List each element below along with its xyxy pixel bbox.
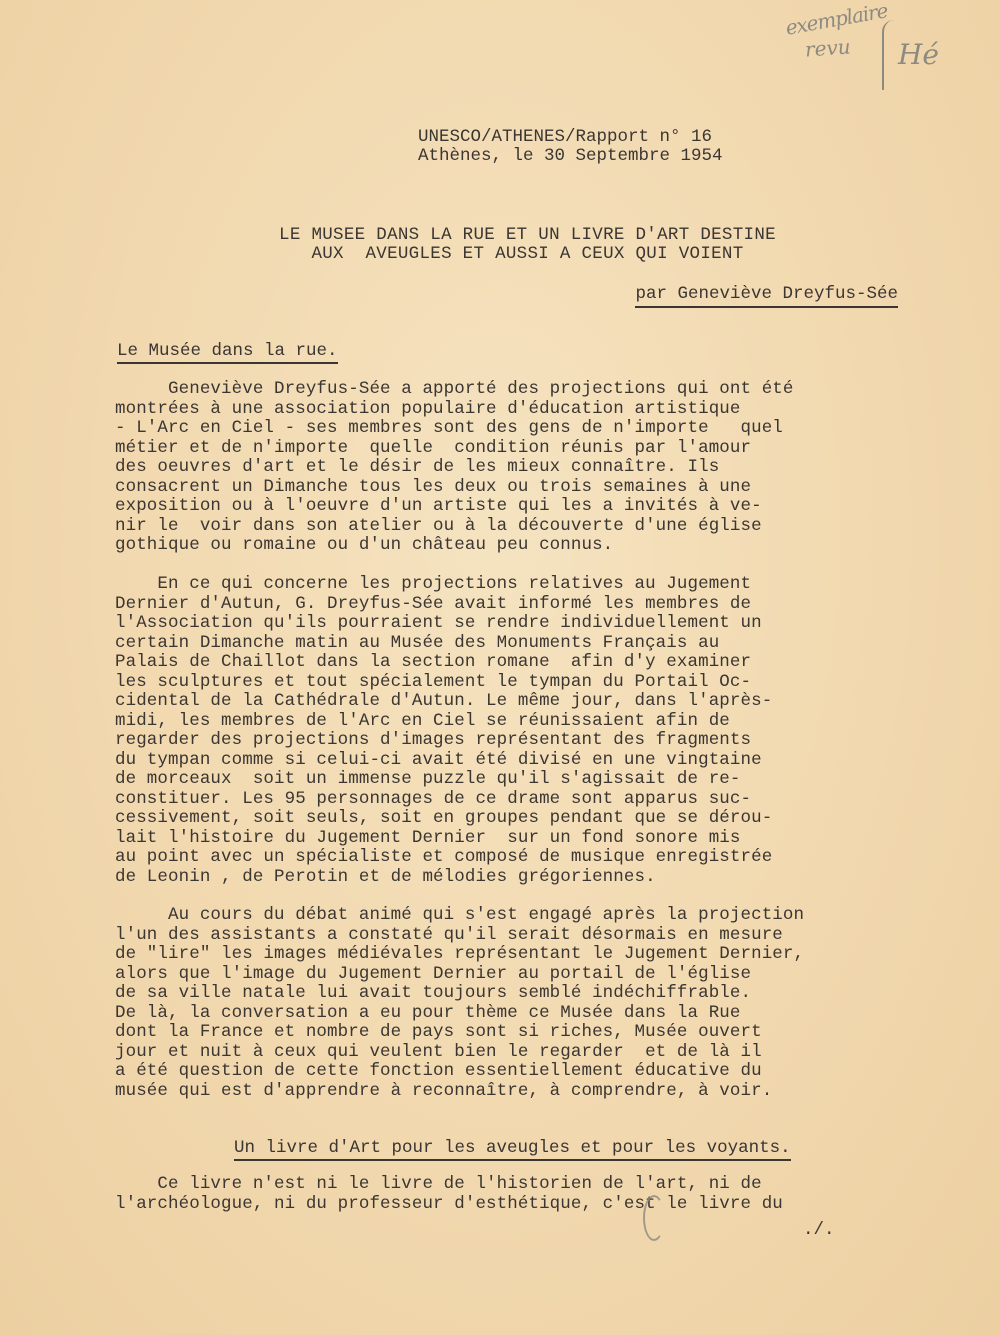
document-title: LE MUSEE DANS LA RUE ET UN LIVRE D'ART D…	[230, 226, 825, 264]
paragraph-1: Geneviève Dreyfus-Sée a apporté des proj…	[115, 380, 895, 556]
document-page: exemplaire revu Hé UNESCO/ATHENES/Rappor…	[0, 0, 1000, 1335]
paragraph-3: Au cours du débat animé qui s'est engagé…	[115, 906, 895, 1101]
page-continuation-mark: ./.	[803, 1220, 835, 1240]
paragraph-2: En ce qui concerne les projections relat…	[115, 575, 895, 887]
title-line-1: LE MUSEE DANS LA RUE ET UN LIVRE D'ART D…	[230, 226, 825, 245]
title-line-2: AUX AVEUGLES ET AUSSI A CEUX QUI VOIENT	[230, 245, 825, 264]
handwritten-line-1: exemplaire	[784, 0, 889, 40]
report-header: UNESCO/ATHENES/Rapport n° 16 Athènes, le…	[418, 128, 723, 166]
section-heading-musee: Le Musée dans la rue.	[117, 342, 338, 364]
pencil-bracket-mark	[882, 20, 898, 90]
author-byline: par Geneviève Dreyfus-Sée	[635, 285, 898, 308]
report-place-date: Athènes, le 30 Septembre 1954	[418, 146, 723, 166]
report-reference: UNESCO/ATHENES/Rapport n° 16	[418, 127, 712, 147]
handwritten-signature: Hé	[898, 38, 939, 71]
paragraph-4: Ce livre n'est ni le livre de l'historie…	[115, 1175, 895, 1214]
section-heading-livre: Un livre d'Art pour les aveugles et pour…	[234, 1139, 791, 1161]
pencil-parenthesis-mark	[643, 1195, 665, 1241]
handwritten-line-2: revu	[804, 34, 851, 61]
handwritten-annotation: exemplaire revu Hé	[780, 2, 980, 92]
